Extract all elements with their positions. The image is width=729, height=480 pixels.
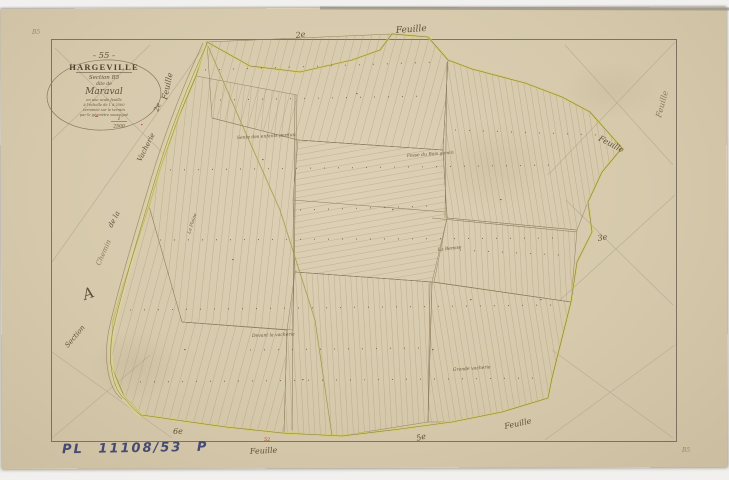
section-label: Section B5 — [89, 75, 120, 81]
cartouche-detail-3: terminée sur le terrain — [83, 108, 125, 112]
feuille-label-left: Feuille — [160, 71, 175, 101]
archive-reference-stamp: PL 11108/53 P — [62, 440, 209, 458]
feuille-label-right-edge: Feuille — [654, 89, 670, 119]
scale-denominator: 2500 — [112, 124, 125, 130]
feuille-number-left: 2e — [152, 102, 163, 114]
sheet-number: - 55 - — [93, 51, 115, 61]
corner-mark-top-left: B5 — [31, 29, 40, 36]
road-label-chemin: Chemin — [95, 238, 114, 267]
feuille-label-bottom-right: Feuille — [503, 416, 533, 431]
scanned-map-sheet: - 55 - HARGEVILLE Section B5 dite de Mar… — [0, 0, 729, 480]
section-word: Section — [63, 323, 87, 349]
corner-mark-bottom-right: B5 — [681, 447, 690, 454]
road-label-de-la: de la — [107, 210, 122, 229]
cartouche-detail-2: à l'échelle de 1 à 2500 — [84, 103, 126, 107]
lieu-name: Maraval — [84, 87, 123, 97]
feuille-number-right: 3e — [597, 232, 608, 243]
feuille-label-bottom: Feuille — [249, 446, 278, 456]
feuille-number-top: 2e — [294, 30, 306, 40]
road-label-vacherie: Vacherie — [136, 132, 157, 163]
feuille-label-top: Feuille — [395, 24, 427, 36]
map-artwork: - 55 - HARGEVILLE Section B5 dite de Mar… — [0, 0, 729, 480]
cartouche-detail-4: par le géomètre soussigné — [80, 113, 129, 117]
scale-numerator: 1 — [118, 116, 121, 122]
commune-title: HARGEVILLE — [69, 62, 139, 72]
feuille-number-bottom-right: 5e — [415, 432, 427, 443]
red-sheet-number: 52 — [264, 437, 270, 443]
cartouche-detail-1: en une seule feuille — [86, 98, 122, 102]
section-letter-a: A — [78, 283, 96, 304]
cartouche: - 55 - HARGEVILLE Section B5 dite de Mar… — [45, 51, 163, 133]
feuille-number-bottom-left: 6e — [173, 427, 183, 436]
